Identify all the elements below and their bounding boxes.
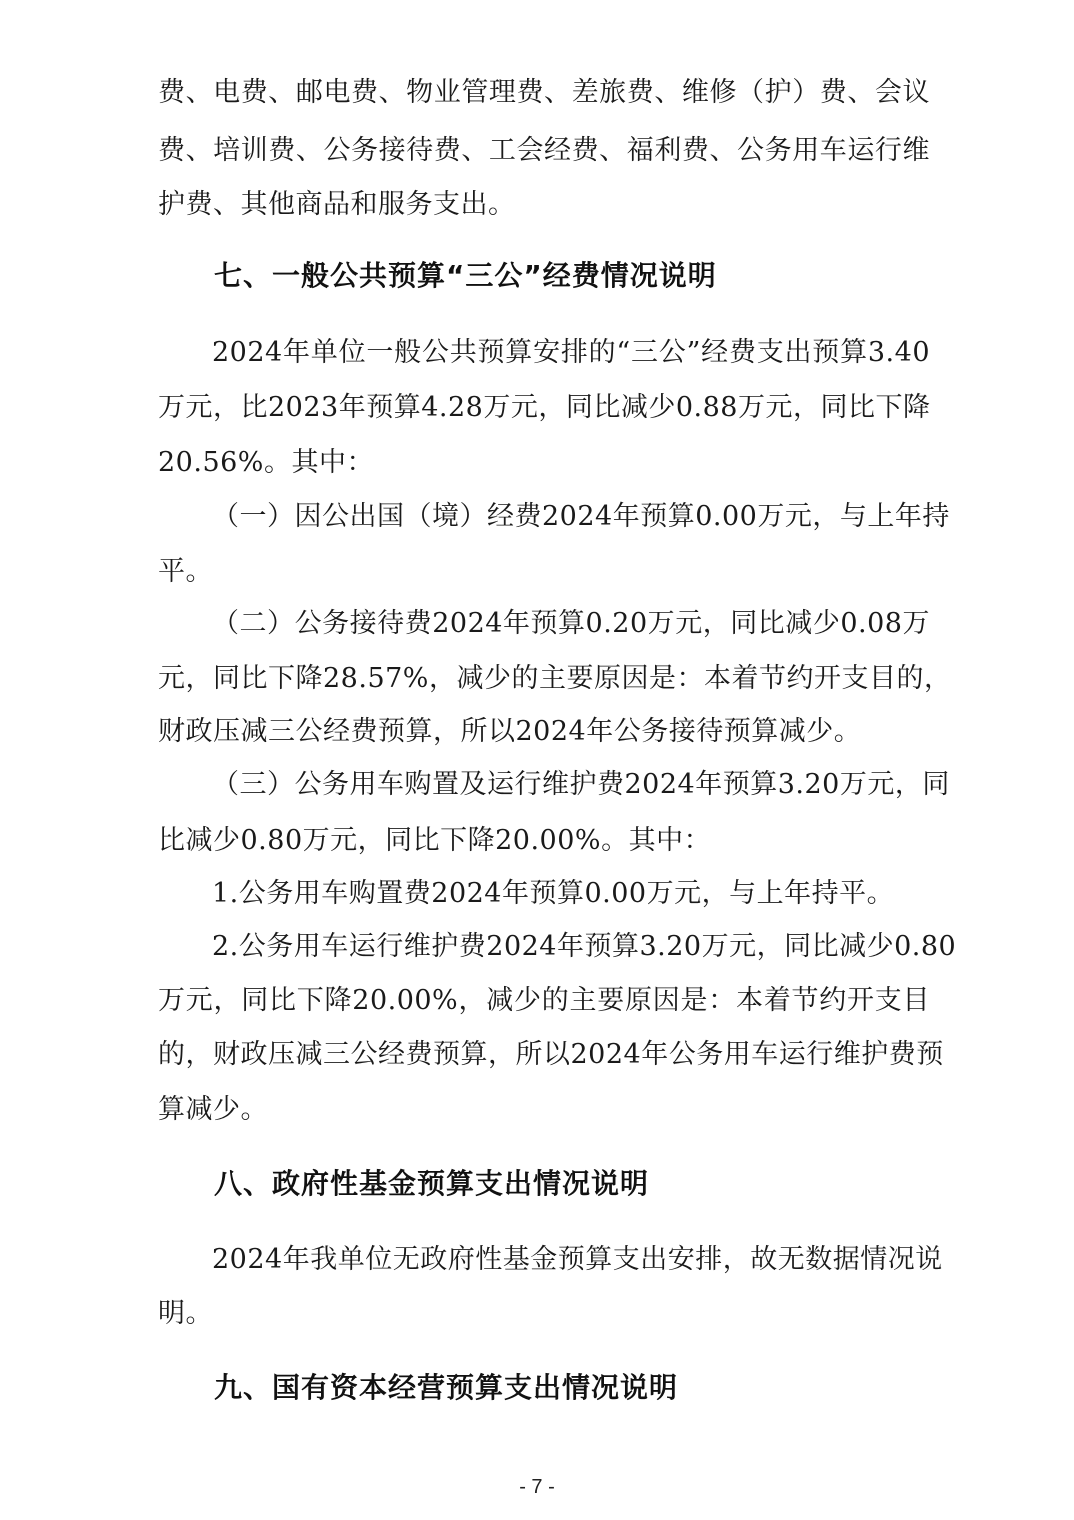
section-8-body-line-2: 明。: [158, 1297, 930, 1331]
item-1-line-1: （一）因公出国（境）经费2024年预算0.00万元，与上年持: [212, 500, 930, 534]
section-7-summary-line-1: 2024年单位一般公共预算安排的“三公”经费支出预算3.40: [212, 336, 930, 370]
sub-item-2-line-1: 2.公务用车运行维护费2024年预算3.20万元，同比减少0.80: [212, 930, 930, 964]
sub-item-1-line: 1.公务用车购置费2024年预算0.00万元，与上年持平。: [212, 877, 930, 911]
page-number: - 7 -: [0, 1476, 1074, 1499]
section-7-summary-line-2: 万元，比2023年预算4.28万元，同比减少0.88万元，同比下降: [158, 391, 930, 425]
section-7-heading: 七、一般公共预算“三公”经费情况说明: [214, 258, 717, 294]
item-3-line-2: 比减少0.80万元，同比下降20.00%。其中：: [158, 824, 930, 858]
sub-item-2-line-2: 万元，同比下降20.00%，减少的主要原因是：本着节约开支目: [158, 984, 930, 1018]
document-page: 费、电费、邮电费、物业管理费、差旅费、维修（护）费、会议 费、培训费、公务接待费…: [0, 0, 1074, 1520]
item-2-line-1: （二）公务接待费2024年预算0.20万元，同比减少0.08万: [212, 607, 930, 641]
section-8-heading: 八、政府性基金预算支出情况说明: [214, 1166, 649, 1202]
section-8-body-line-1: 2024年我单位无政府性基金预算支出安排，故无数据情况说: [212, 1243, 930, 1277]
intro-line-3: 护费、其他商品和服务支出。: [158, 188, 930, 222]
item-2-line-3: 财政压减三公经费预算，所以2024年公务接待预算减少。: [158, 715, 930, 749]
section-9-heading: 九、国有资本经营预算支出情况说明: [214, 1370, 678, 1406]
intro-line-2: 费、培训费、公务接待费、工会经费、福利费、公务用车运行维: [158, 134, 930, 168]
item-1-line-2: 平。: [158, 555, 930, 589]
item-3-line-1: （三）公务用车购置及运行维护费2024年预算3.20万元，同: [212, 768, 930, 802]
sub-item-2-line-4: 算减少。: [158, 1093, 930, 1127]
item-2-line-2: 元，同比下降28.57%，减少的主要原因是：本着节约开支目的，: [158, 662, 930, 696]
section-7-summary-line-3: 20.56%。其中：: [158, 446, 930, 480]
sub-item-2-line-3: 的，财政压减三公经费预算，所以2024年公务用车运行维护费预: [158, 1038, 930, 1072]
intro-line-1: 费、电费、邮电费、物业管理费、差旅费、维修（护）费、会议: [158, 76, 930, 110]
